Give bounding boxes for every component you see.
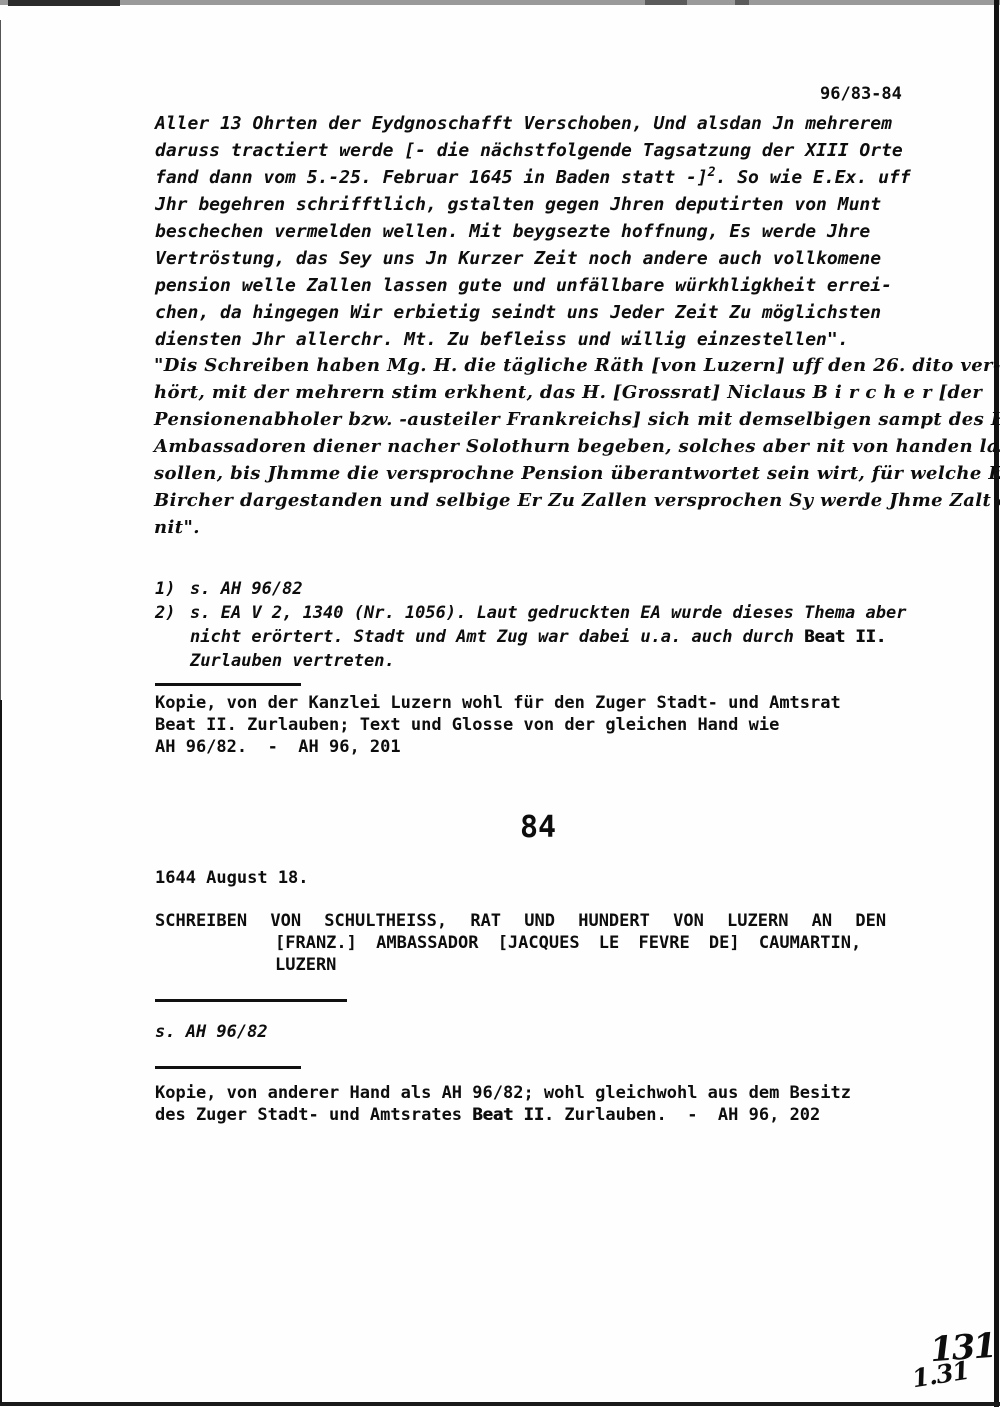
provenance-segment: . Zurlauben. - AH 96, 202	[544, 1105, 820, 1125]
entry-title-line: [FRANZ.] AMBASSADOR [JACQUES LE FEVRE DE…	[155, 932, 886, 954]
footnote-1: 1)s. AH 96/82	[155, 577, 906, 601]
main-text-paragraph: Aller 13 Ohrten der Eydgnoschafft Versch…	[155, 110, 911, 353]
quote-line: Ambassadoren diener nacher Solothurn beg…	[154, 433, 1000, 460]
text-line: Vertröstung, das Sey uns Jn Kurzer Zeit …	[155, 245, 911, 272]
footnote-text: Zurlauben vertreten.	[190, 651, 395, 671]
quote-line: hört, mit der mehrern stim erkhent, das …	[154, 379, 1000, 406]
entry-date: 1644 August 18.	[155, 868, 309, 888]
scan-bottom-edge	[0, 1402, 1000, 1406]
footnote-marker: 2	[708, 165, 716, 180]
text-line: daruss tractiert werde [- die nächstfolg…	[155, 137, 911, 164]
quote-line: Pensionenabholer bzw. -austeiler Frankre…	[154, 406, 1000, 433]
quote-line: sollen, bis Jhmme die versprochne Pensio…	[154, 460, 1000, 487]
provenance-line: Kopie, von anderer Hand als AH 96/82; wo…	[155, 1082, 851, 1104]
provenance-segment: des Zuger Stadt- und Amtsrates	[155, 1105, 472, 1125]
text-line: chen, da hingegen Wir erbietig seindt un…	[155, 299, 911, 326]
entry-title-line: SCHREIBEN VON SCHULTHEISS, RAT UND HUNDE…	[155, 910, 886, 932]
text-line: Jhr begehren schrifftlich, gstalten gege…	[155, 191, 911, 218]
provenance-segment-bold: Beat II	[472, 1105, 544, 1125]
footnote-number: 2)	[155, 601, 190, 625]
footnote-2-continued: nicht erörtert. Stadt und Amt Zug war da…	[155, 625, 906, 649]
scan-left-edge	[0, 20, 1, 700]
scan-top-edge-mark	[8, 0, 120, 6]
footnote-text: nicht erörtert. Stadt und Amt Zug war da…	[190, 627, 804, 647]
text-line: pension welle Zallen lassen gute und unf…	[155, 272, 911, 299]
provenance-line: des Zuger Stadt- und Amtsrates Beat II. …	[155, 1104, 851, 1126]
quoted-script-paragraph: "Dis Schreiben haben Mg. H. die tägliche…	[154, 352, 1000, 541]
footnotes-block: 1)s. AH 96/82 2)s. EA V 2, 1340 (Nr. 105…	[155, 577, 906, 673]
handwritten-folio-number-crossed: 1.31	[910, 1356, 971, 1394]
scan-left-edge	[0, 700, 2, 1403]
quote-line: Bircher dargestanden und selbige Er Zu Z…	[154, 487, 1000, 514]
scan-top-edge-mark	[645, 0, 687, 5]
footnote-text: s. EA V 2, 1340 (Nr. 1056). Laut gedruck…	[190, 603, 906, 623]
text-segment: . So wie E.Ex. uff	[716, 167, 911, 188]
text-line: diensten Jhr allerchr. Mt. Zu befleiss u…	[155, 326, 911, 353]
text-line: fand dann vom 5.-25. Februar 1645 in Bad…	[155, 164, 911, 191]
footnote-2-continued: Zurlauben vertreten.	[155, 649, 906, 673]
entry-reference: s. AH 96/82	[155, 1022, 268, 1042]
text-line: Aller 13 Ohrten der Eydgnoschafft Versch…	[155, 110, 911, 137]
entry-title: SCHREIBEN VON SCHULTHEISS, RAT UND HUNDE…	[155, 910, 886, 976]
text-line: beschechen vermelden wellen. Mit beygsez…	[155, 218, 911, 245]
section-divider-rule	[155, 999, 347, 1002]
text-segment: fand dann vom 5.-25. Februar 1645 in Bad…	[155, 167, 708, 188]
scan-top-edge-mark	[735, 0, 749, 5]
archive-page-number: 96/83-84	[820, 84, 902, 104]
provenance-note-84: Kopie, von anderer Hand als AH 96/82; wo…	[155, 1082, 851, 1126]
provenance-line: AH 96/82. - AH 96, 201	[155, 736, 841, 758]
quote-line: "Dis Schreiben haben Mg. H. die tägliche…	[154, 352, 1000, 379]
provenance-line: Kopie, von der Kanzlei Luzern wohl für d…	[155, 692, 841, 714]
entry-number-84: 84	[520, 810, 556, 845]
quote-line: nit".	[154, 514, 1000, 541]
footnote-2: 2)s. EA V 2, 1340 (Nr. 1056). Laut gedru…	[155, 601, 906, 625]
scan-top-edge	[0, 0, 1000, 5]
footnote-text: s. AH 96/82	[190, 579, 303, 599]
entry-title-line: LUZERN	[155, 954, 886, 976]
section-divider-rule	[155, 683, 301, 686]
provenance-line: Beat II. Zurlauben; Text und Glosse von …	[155, 714, 841, 736]
footnote-text-bold: Beat II.	[804, 627, 886, 647]
provenance-note-83: Kopie, von der Kanzlei Luzern wohl für d…	[155, 692, 841, 758]
section-divider-rule	[155, 1066, 301, 1069]
document-page: 96/83-84 Aller 13 Ohrten der Eydgnoschaf…	[0, 0, 1000, 1407]
footnote-number: 1)	[155, 577, 190, 601]
scan-right-edge	[994, 0, 999, 1407]
